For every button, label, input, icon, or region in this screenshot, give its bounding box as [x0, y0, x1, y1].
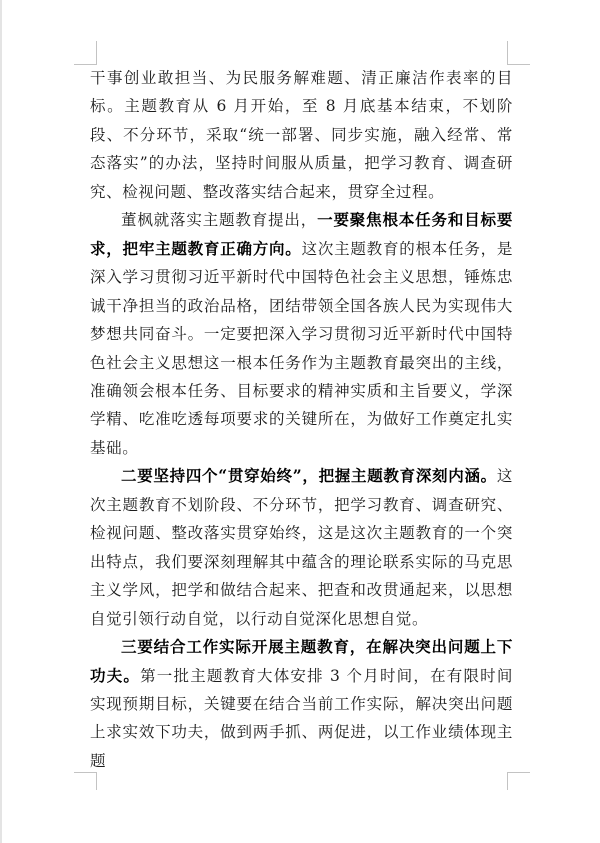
text-run: 干事创业敢担当、为民服务解难题、清正廉洁作表率的目标。主题教育从 6 月开始，至… — [90, 69, 513, 201]
text-run: 第一批主题教育大体安排 3 个月时间，在有限时间实现预期目标，关键要在结合当前工… — [90, 667, 513, 770]
paragraph: 三要结合工作实际开展主题教育，在解决突出问题上下功夫。第一批主题教育大体安排 3… — [90, 633, 513, 775]
paragraph: 干事创业敢担当、为民服务解难题、清正廉洁作表率的目标。主题教育从 6 月开始，至… — [90, 64, 513, 206]
document-body[interactable]: 干事创业敢担当、为民服务解难题、清正廉洁作表率的目标。主题教育从 6 月开始，至… — [90, 64, 513, 775]
paragraph: 董枫就落实主题教育提出，一要聚焦根本任务和目标要求，把牢主题教育正确方向。这次主… — [90, 206, 513, 462]
text-run: 董枫就落实主题教育提出， — [121, 211, 317, 229]
crop-mark-top-left-icon — [74, 41, 97, 65]
text-run: 这次主题教育不划阶段、不分环节，把学习教育、调查研究、检视问题、整改落实贯穿始终… — [90, 467, 513, 627]
bold-text-run: 二要坚持四个“贯穿始终”，把握主题教育深刻内涵。 — [121, 466, 497, 485]
document-page: 干事创业敢担当、为民服务解难题、清正廉洁作表率的目标。主题教育从 6 月开始，至… — [0, 0, 600, 843]
paragraph: 二要坚持四个“贯穿始终”，把握主题教育深刻内涵。这次主题教育不划阶段、不分环节，… — [90, 462, 513, 633]
text-run: 这次主题教育的根本任务，是深入学习贯彻习近平新时代中国特色社会主义思想，锤炼忠诚… — [90, 240, 513, 457]
crop-mark-top-right-icon — [507, 41, 530, 65]
window-edge-line — [0, 0, 2, 843]
